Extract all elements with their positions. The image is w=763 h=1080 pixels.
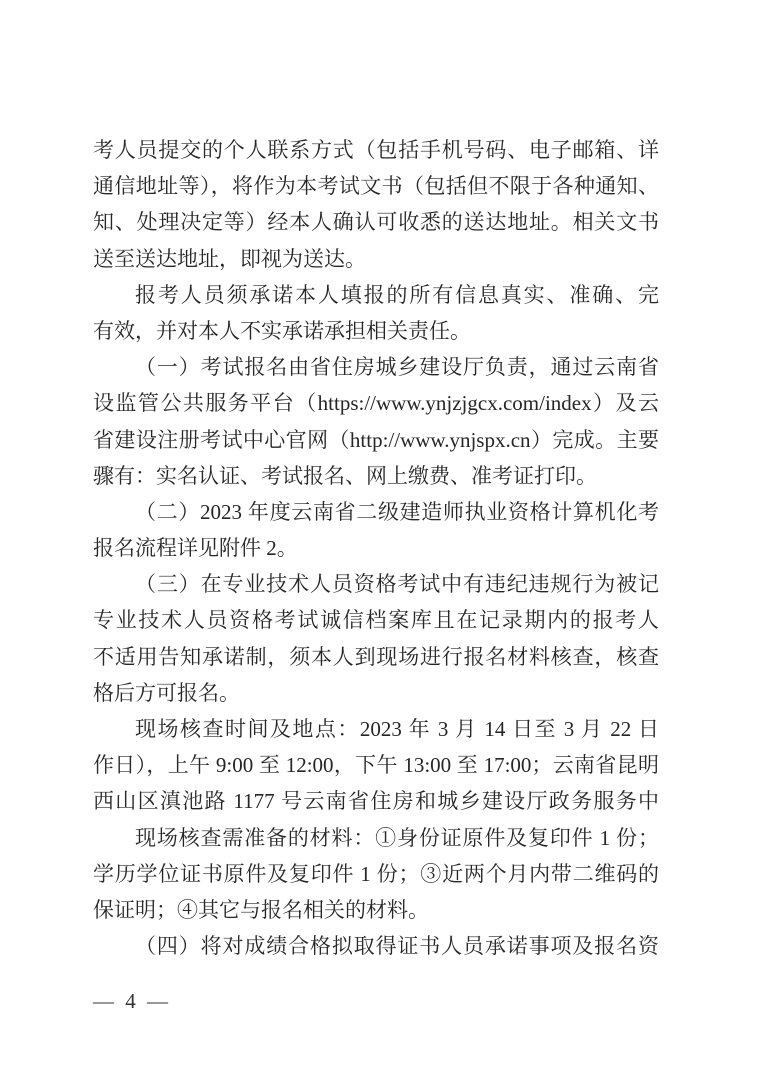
text-line: 格后方可报名。 [93, 675, 659, 711]
text-line: 不适用告知承诺制，须本人到现场进行报名材料核查，核查合 [93, 639, 659, 675]
text-line: （三）在专业技术人员资格考试中有违纪违规行为被记入 [93, 566, 659, 602]
text-line: 现场核查需准备的材料：①身份证原件及复印件 1 份；② [93, 820, 659, 856]
text-line: 作日），上午 9:00 至 12:00，下午 13:00 至 17:00；云南省… [93, 747, 659, 783]
text-line: 保证明；④其它与报名相关的材料。 [93, 892, 659, 928]
text-line: 专业技术人员资格考试诚信档案库且在记录期内的报考人员， [93, 602, 659, 638]
text-line: 省建设注册考试中心官网（http://www.ynjspx.cn）完成。主要步 [93, 422, 659, 458]
text-line: 骤有：实名认证、考试报名、网上缴费、准考证打印。 [93, 458, 659, 494]
text-line: （二）2023 年度云南省二级建造师执业资格计算机化考试 [93, 494, 659, 530]
text-line: 现场核查时间及地点：2023 年 3 月 14 日至 3 月 22 日（工 [93, 711, 659, 747]
text-line: 有效，并对本人不实承诺承担相关责任。 [93, 313, 659, 349]
text-line: 学历学位证书原件及复印件 1 份；③近两个月内带二维码的参 [93, 856, 659, 892]
page-number: — 4 — [93, 988, 171, 1014]
text-line: 报名流程详见附件 2。 [93, 530, 659, 566]
text-line: 通信地址等），将作为本考试文书（包括但不限于各种通知、告 [93, 168, 659, 204]
text-line: （一）考试报名由省住房城乡建设厅负责，通过云南省建 [93, 349, 659, 385]
text-line: 送至送达地址，即视为送达。 [93, 241, 659, 277]
text-line: 西山区滇池路 1177 号云南省住房和城乡建设厅政务服务中心。 [93, 783, 659, 819]
text-line: 设监管公共服务平台（https://www.ynjzjgcx.com/index… [93, 385, 659, 421]
text-line: （四）将对成绩合格拟取得证书人员承诺事项及报名资料 [93, 928, 659, 964]
scanned-document-page: 考人员提交的个人联系方式（包括手机号码、电子邮箱、详细通信地址等），将作为本考试… [0, 0, 763, 1080]
text-line: 知、处理决定等）经本人确认可收悉的送达地址。相关文书发 [93, 204, 659, 240]
text-line: 报考人员须承诺本人填报的所有信息真实、准确、完整、 [93, 277, 659, 313]
text-line: 考人员提交的个人联系方式（包括手机号码、电子邮箱、详细 [93, 132, 659, 168]
document-body-text: 考人员提交的个人联系方式（包括手机号码、电子邮箱、详细通信地址等），将作为本考试… [93, 132, 659, 964]
